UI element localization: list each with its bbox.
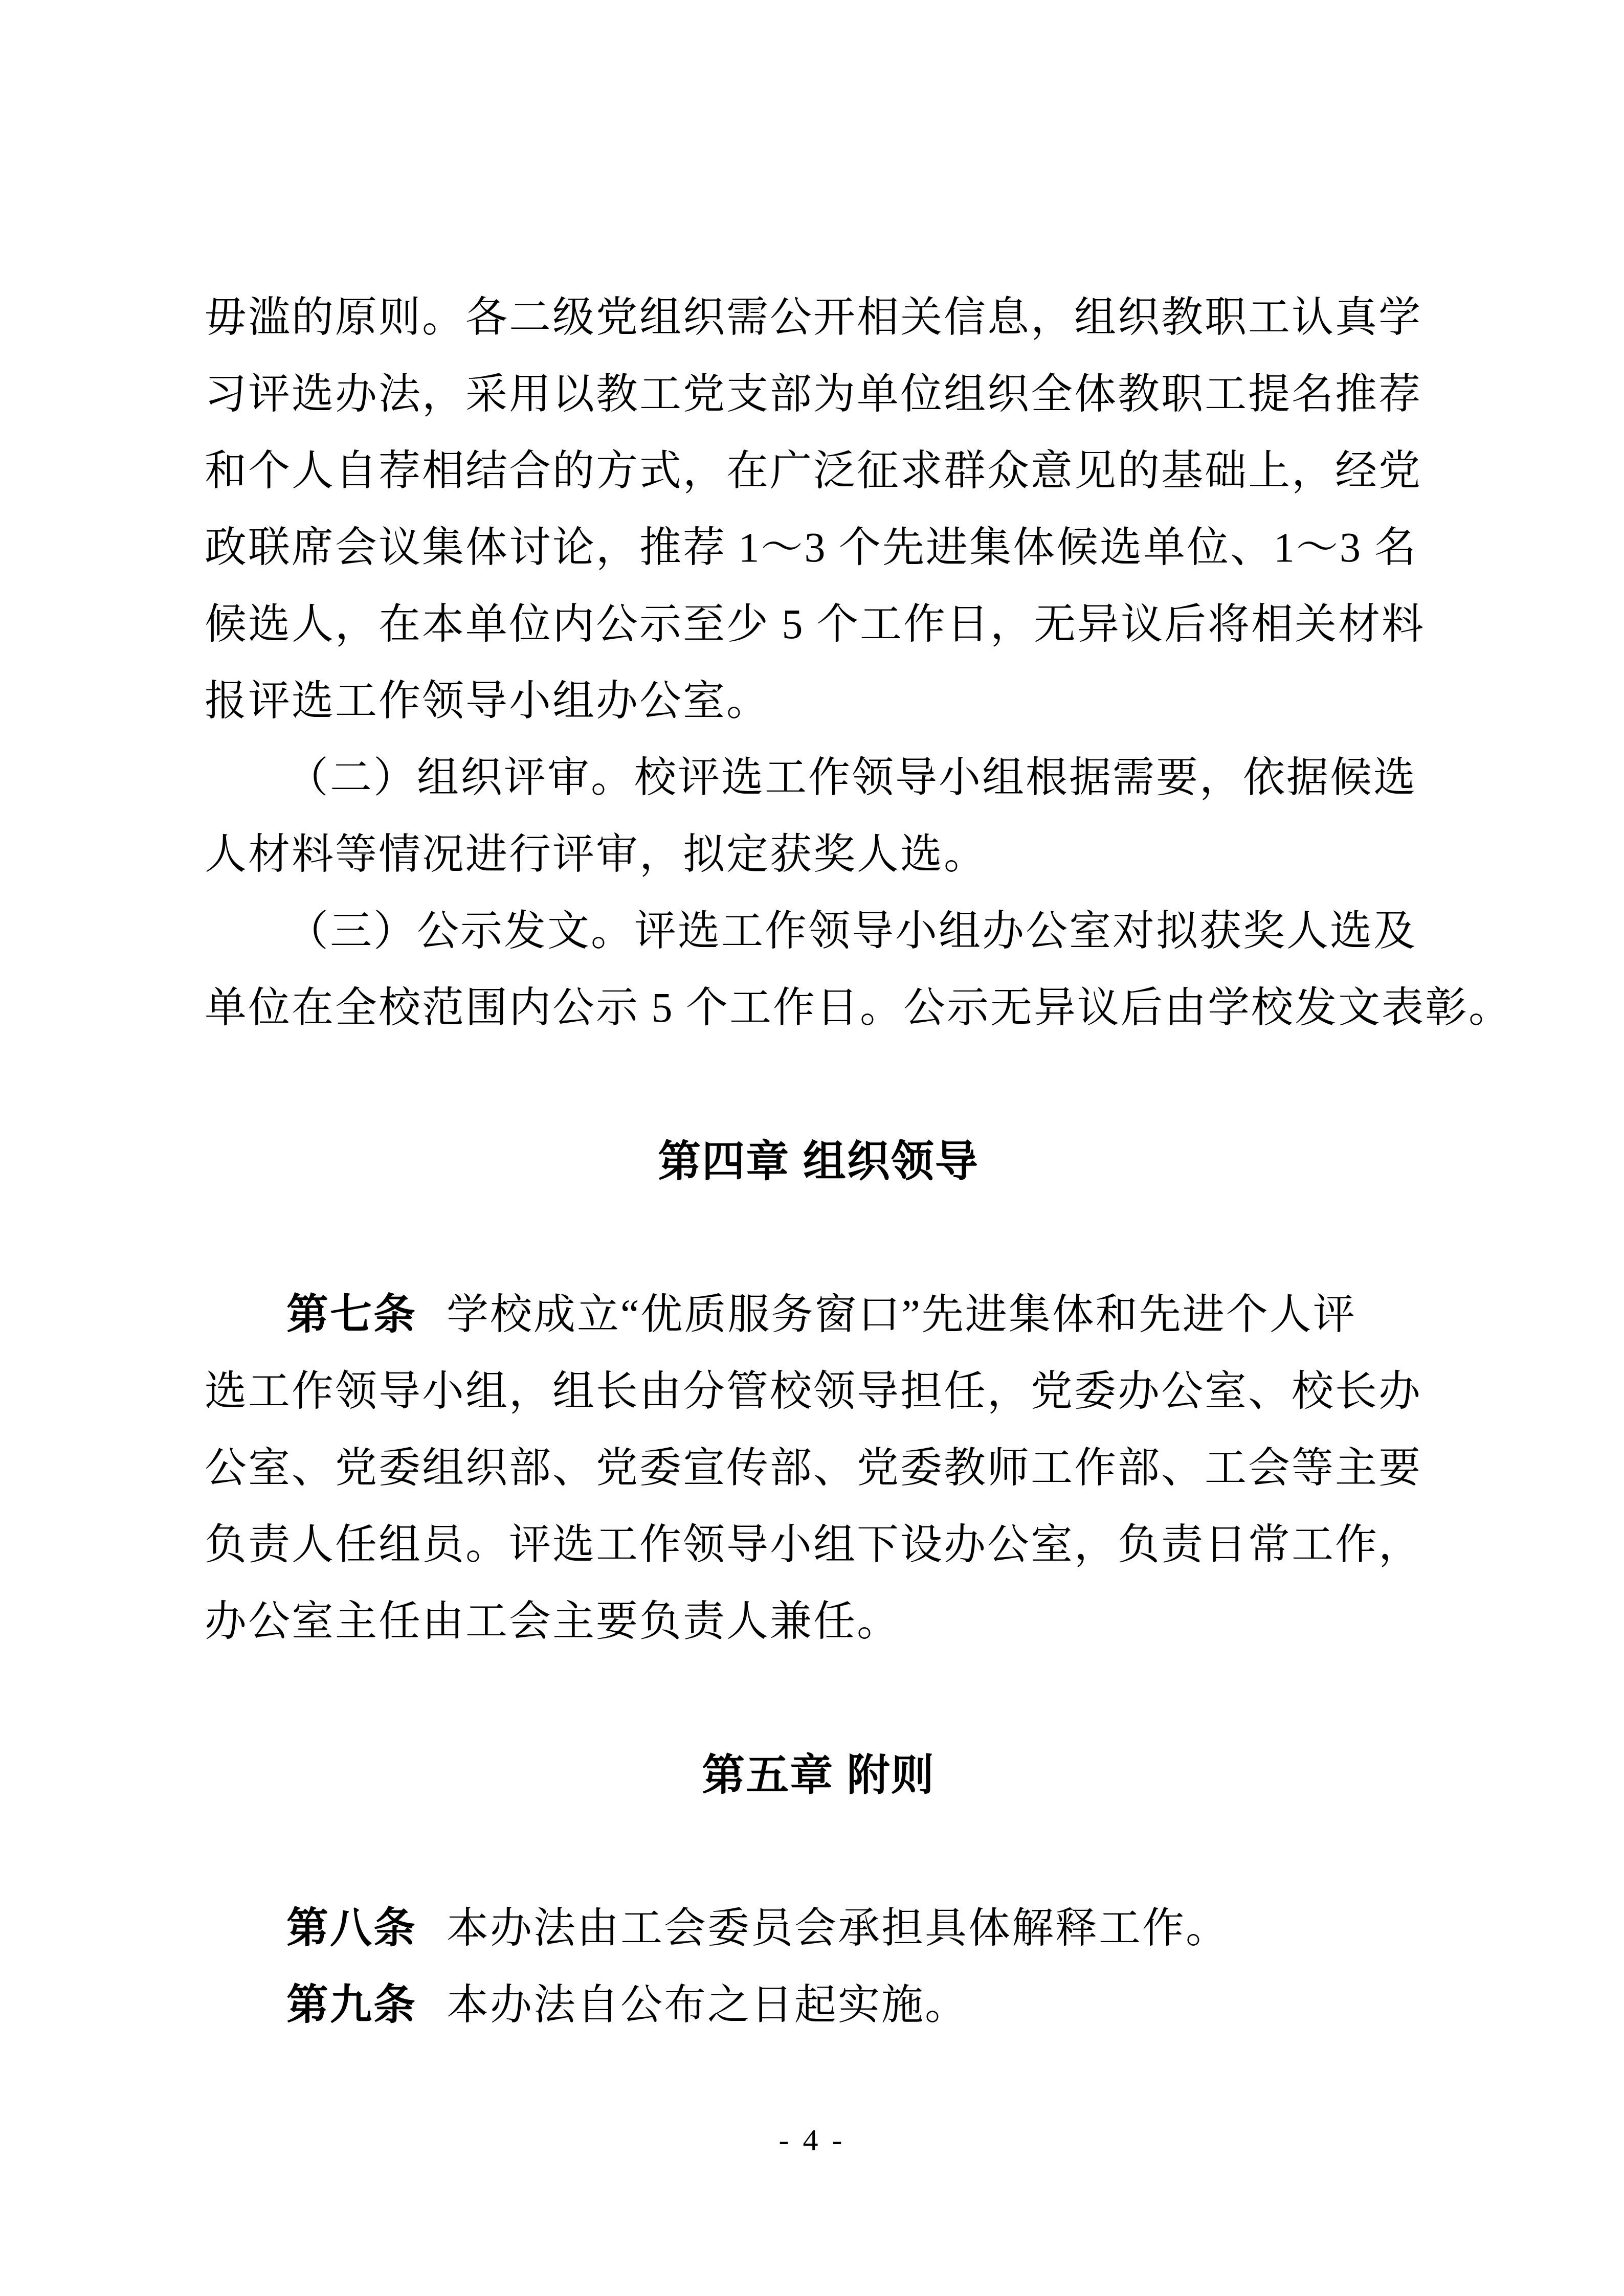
item-two-line-1: （二）组织评审。校评选工作领导小组根据需要，依据候选 <box>205 739 1432 816</box>
item-two-line-2: 人材料等情况进行评审，拟定获奖人选。 <box>205 816 1432 893</box>
page-number: - 4 - <box>0 2117 1624 2163</box>
article-nine-label: 第九条 <box>286 1982 417 2028</box>
document-page: 毋滥的原则。各二级党组织需公开相关信息，组织教职工认真学 习评选办法，采用以教工… <box>0 0 1624 2296</box>
opening-paragraph-line-4: 政联席会议集体讨论，推荐 1～3 个先进集体候选单位、1～3 名 <box>205 509 1432 586</box>
item-three-line-2: 单位在全校范围内公示 5 个工作日。公示无异议后由学校发文表彰。 <box>205 970 1432 1046</box>
article-seven-line-2: 选工作领导小组，组长由分管校领导担任，党委办公室、校长办 <box>205 1353 1432 1430</box>
article-seven-line-5: 办公室主任由工会主要负责人兼任。 <box>205 1583 1432 1660</box>
opening-paragraph-line-6: 报评选工作领导小组办公室。 <box>205 663 1432 739</box>
blank-line <box>205 1813 1432 1890</box>
article-eight-line: 第八条本办法由工会委员会承担具体解释工作。 <box>205 1890 1432 1967</box>
opening-paragraph-line-5: 候选人，在本单位内公示至少 5 个工作日，无异议后将相关材料 <box>205 586 1432 663</box>
opening-paragraph-line-2: 习评选办法，采用以教工党支部为单位组织全体教职工提名推荐 <box>205 356 1432 433</box>
opening-paragraph-line-3: 和个人自荐相结合的方式，在广泛征求群众意见的基础上，经党 <box>205 433 1432 509</box>
blank-line <box>205 1200 1432 1276</box>
article-eight-text: 本办法由工会委员会承担具体解释工作。 <box>447 1905 1229 1951</box>
article-seven-text: 学校成立“优质服务窗口”先进集体和先进个人评 <box>447 1291 1356 1338</box>
article-seven-line-4: 负责人任组员。评选工作领导小组下设办公室，负责日常工作， <box>205 1506 1432 1583</box>
chapter-five-heading: 第五章 附则 <box>205 1737 1432 1813</box>
blank-line <box>205 1660 1432 1737</box>
article-seven-label: 第七条 <box>286 1291 417 1338</box>
article-eight-label: 第八条 <box>286 1905 417 1951</box>
blank-line <box>205 1046 1432 1123</box>
article-seven-line-1: 第七条学校成立“优质服务窗口”先进集体和先进个人评 <box>205 1276 1432 1353</box>
article-seven-line-3: 公室、党委组织部、党委宣传部、党委教师工作部、工会等主要 <box>205 1430 1432 1506</box>
article-nine-text: 本办法自公布之日起实施。 <box>447 1982 968 2028</box>
chapter-four-heading: 第四章 组织领导 <box>205 1123 1432 1200</box>
opening-paragraph-line-1: 毋滥的原则。各二级党组织需公开相关信息，组织教职工认真学 <box>205 279 1432 356</box>
item-three-line-1: （三）公示发文。评选工作领导小组办公室对拟获奖人选及 <box>205 893 1432 970</box>
document-body: 毋滥的原则。各二级党组织需公开相关信息，组织教职工认真学 习评选办法，采用以教工… <box>205 279 1432 2043</box>
article-nine-line: 第九条本办法自公布之日起实施。 <box>205 1967 1432 2043</box>
